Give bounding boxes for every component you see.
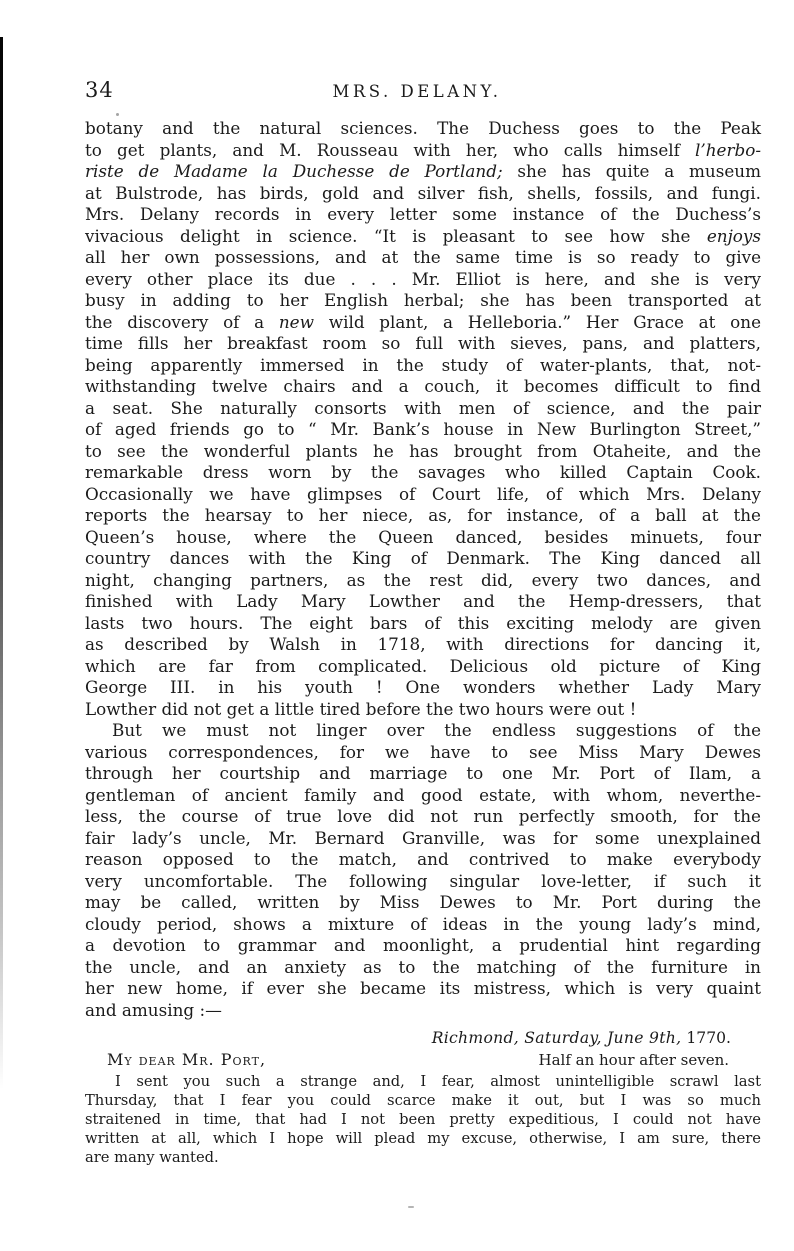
page-header: 34 MRS. DELANY. bbox=[85, 76, 761, 110]
text-line: her new home, if ever she became its mis… bbox=[85, 978, 761, 1000]
text-line: time fills her breakfast room so full wi… bbox=[85, 333, 761, 355]
text-line: lasts two hours. The eight bars of this … bbox=[85, 613, 761, 635]
text-line: reason opposed to the match, and contriv… bbox=[85, 849, 761, 871]
running-title: MRS. DELANY. bbox=[85, 82, 749, 101]
text-line: George III. in his youth ! One wonders w… bbox=[85, 677, 761, 699]
text-line: reports the hearsay to her niece, as, fo… bbox=[85, 505, 761, 527]
text-line: a seat. She naturally consorts with men … bbox=[85, 398, 761, 420]
text-line: may be called, written by Miss Dewes to … bbox=[85, 892, 761, 914]
text-line: fair lady’s uncle, Mr. Bernard Granville… bbox=[85, 828, 761, 850]
text-line: to see the wonderful plants he has broug… bbox=[85, 441, 761, 463]
letter-dateline: Richmond, Saturday, June 9th, 1770. bbox=[85, 1028, 761, 1049]
text-line: of aged friends go to “ Mr. Bank’s house… bbox=[85, 419, 761, 441]
scan-speck bbox=[408, 1206, 414, 1208]
text-line: cloudy period, shows a mixture of ideas … bbox=[85, 914, 761, 936]
paragraph: But we must not linger over the endless … bbox=[85, 720, 761, 1021]
text-line: are many wanted. bbox=[85, 1148, 761, 1167]
text-line: the uncle, and an anxiety as to the matc… bbox=[85, 957, 761, 979]
text-line: to get plants, and M. Rousseau with her,… bbox=[85, 140, 761, 162]
scan-edge-artifact bbox=[0, 37, 3, 1122]
text-line: botany and the natural sciences. The Duc… bbox=[85, 118, 761, 140]
text-line: night, changing partners, as the rest di… bbox=[85, 570, 761, 592]
text-line: all her own possessions, and at the same… bbox=[85, 247, 761, 269]
text-line: country dances with the King of Denmark.… bbox=[85, 548, 761, 570]
letter-time-note: Half an hour after seven. bbox=[539, 1049, 762, 1071]
text-line: But we must not linger over the endless … bbox=[85, 720, 761, 742]
text-line: remarkable dress worn by the savages who… bbox=[85, 462, 761, 484]
text-line: finished with Lady Mary Lowther and the … bbox=[85, 591, 761, 613]
text-line: various correspondences, for we have to … bbox=[85, 742, 761, 764]
text-line: at Bulstrode, has birds, gold and silver… bbox=[85, 183, 761, 205]
letter-body: I sent you such a strange and, I fear, a… bbox=[85, 1072, 761, 1167]
text-line: Thursday, that I fear you could scarce m… bbox=[85, 1091, 761, 1110]
text-line: Mrs. Delany records in every letter some… bbox=[85, 204, 761, 226]
text-line: a devotion to grammar and moonlight, a p… bbox=[85, 935, 761, 957]
text-line: which are far from complicated. Deliciou… bbox=[85, 656, 761, 678]
book-page: 34 MRS. DELANY. botany and the natural s… bbox=[0, 0, 794, 1251]
text-line: I sent you such a strange and, I fear, a… bbox=[85, 1072, 761, 1091]
text-line: through her courtship and marriage to on… bbox=[85, 763, 761, 785]
text-line: written at all, which I hope will plead … bbox=[85, 1129, 761, 1148]
text-line: busy in adding to her English herbal; sh… bbox=[85, 290, 761, 312]
text-line: the discovery of a new wild plant, a Hel… bbox=[85, 312, 761, 334]
text-line: Lowther did not get a little tired befor… bbox=[85, 699, 761, 721]
text-line: straitened in time, that had I not been … bbox=[85, 1110, 761, 1129]
paragraph: botany and the natural sciences. The Duc… bbox=[85, 118, 761, 720]
text-line: being apparently immersed in the study o… bbox=[85, 355, 761, 377]
text-line: Queen’s house, where the Queen danced, b… bbox=[85, 527, 761, 549]
text-line: vivacious delight in science. “It is ple… bbox=[85, 226, 761, 248]
text-line: gentleman of ancient family and good est… bbox=[85, 785, 761, 807]
text-line: as described by Walsh in 1718, with dire… bbox=[85, 634, 761, 656]
letter-block: Richmond, Saturday, June 9th, 1770. My d… bbox=[85, 1028, 761, 1167]
page-content: 34 MRS. DELANY. botany and the natural s… bbox=[85, 76, 761, 1167]
letter-salutation: My dear Mr. Port, bbox=[85, 1049, 266, 1071]
text-line: very uncomfortable. The following singul… bbox=[85, 871, 761, 893]
text-line: and amusing :— bbox=[85, 1000, 761, 1022]
text-line: withstanding twelve chairs and a couch, … bbox=[85, 376, 761, 398]
text-line: Occasionally we have glimpses of Court l… bbox=[85, 484, 761, 506]
article-body: botany and the natural sciences. The Duc… bbox=[85, 118, 761, 1021]
letter-salutation-row: My dear Mr. Port, Half an hour after sev… bbox=[85, 1049, 761, 1071]
text-line: less, the course of true love did not ru… bbox=[85, 806, 761, 828]
text-line: every other place its due . . . Mr. Elli… bbox=[85, 269, 761, 291]
text-line: riste de Madame la Duchesse de Portland;… bbox=[85, 161, 761, 183]
